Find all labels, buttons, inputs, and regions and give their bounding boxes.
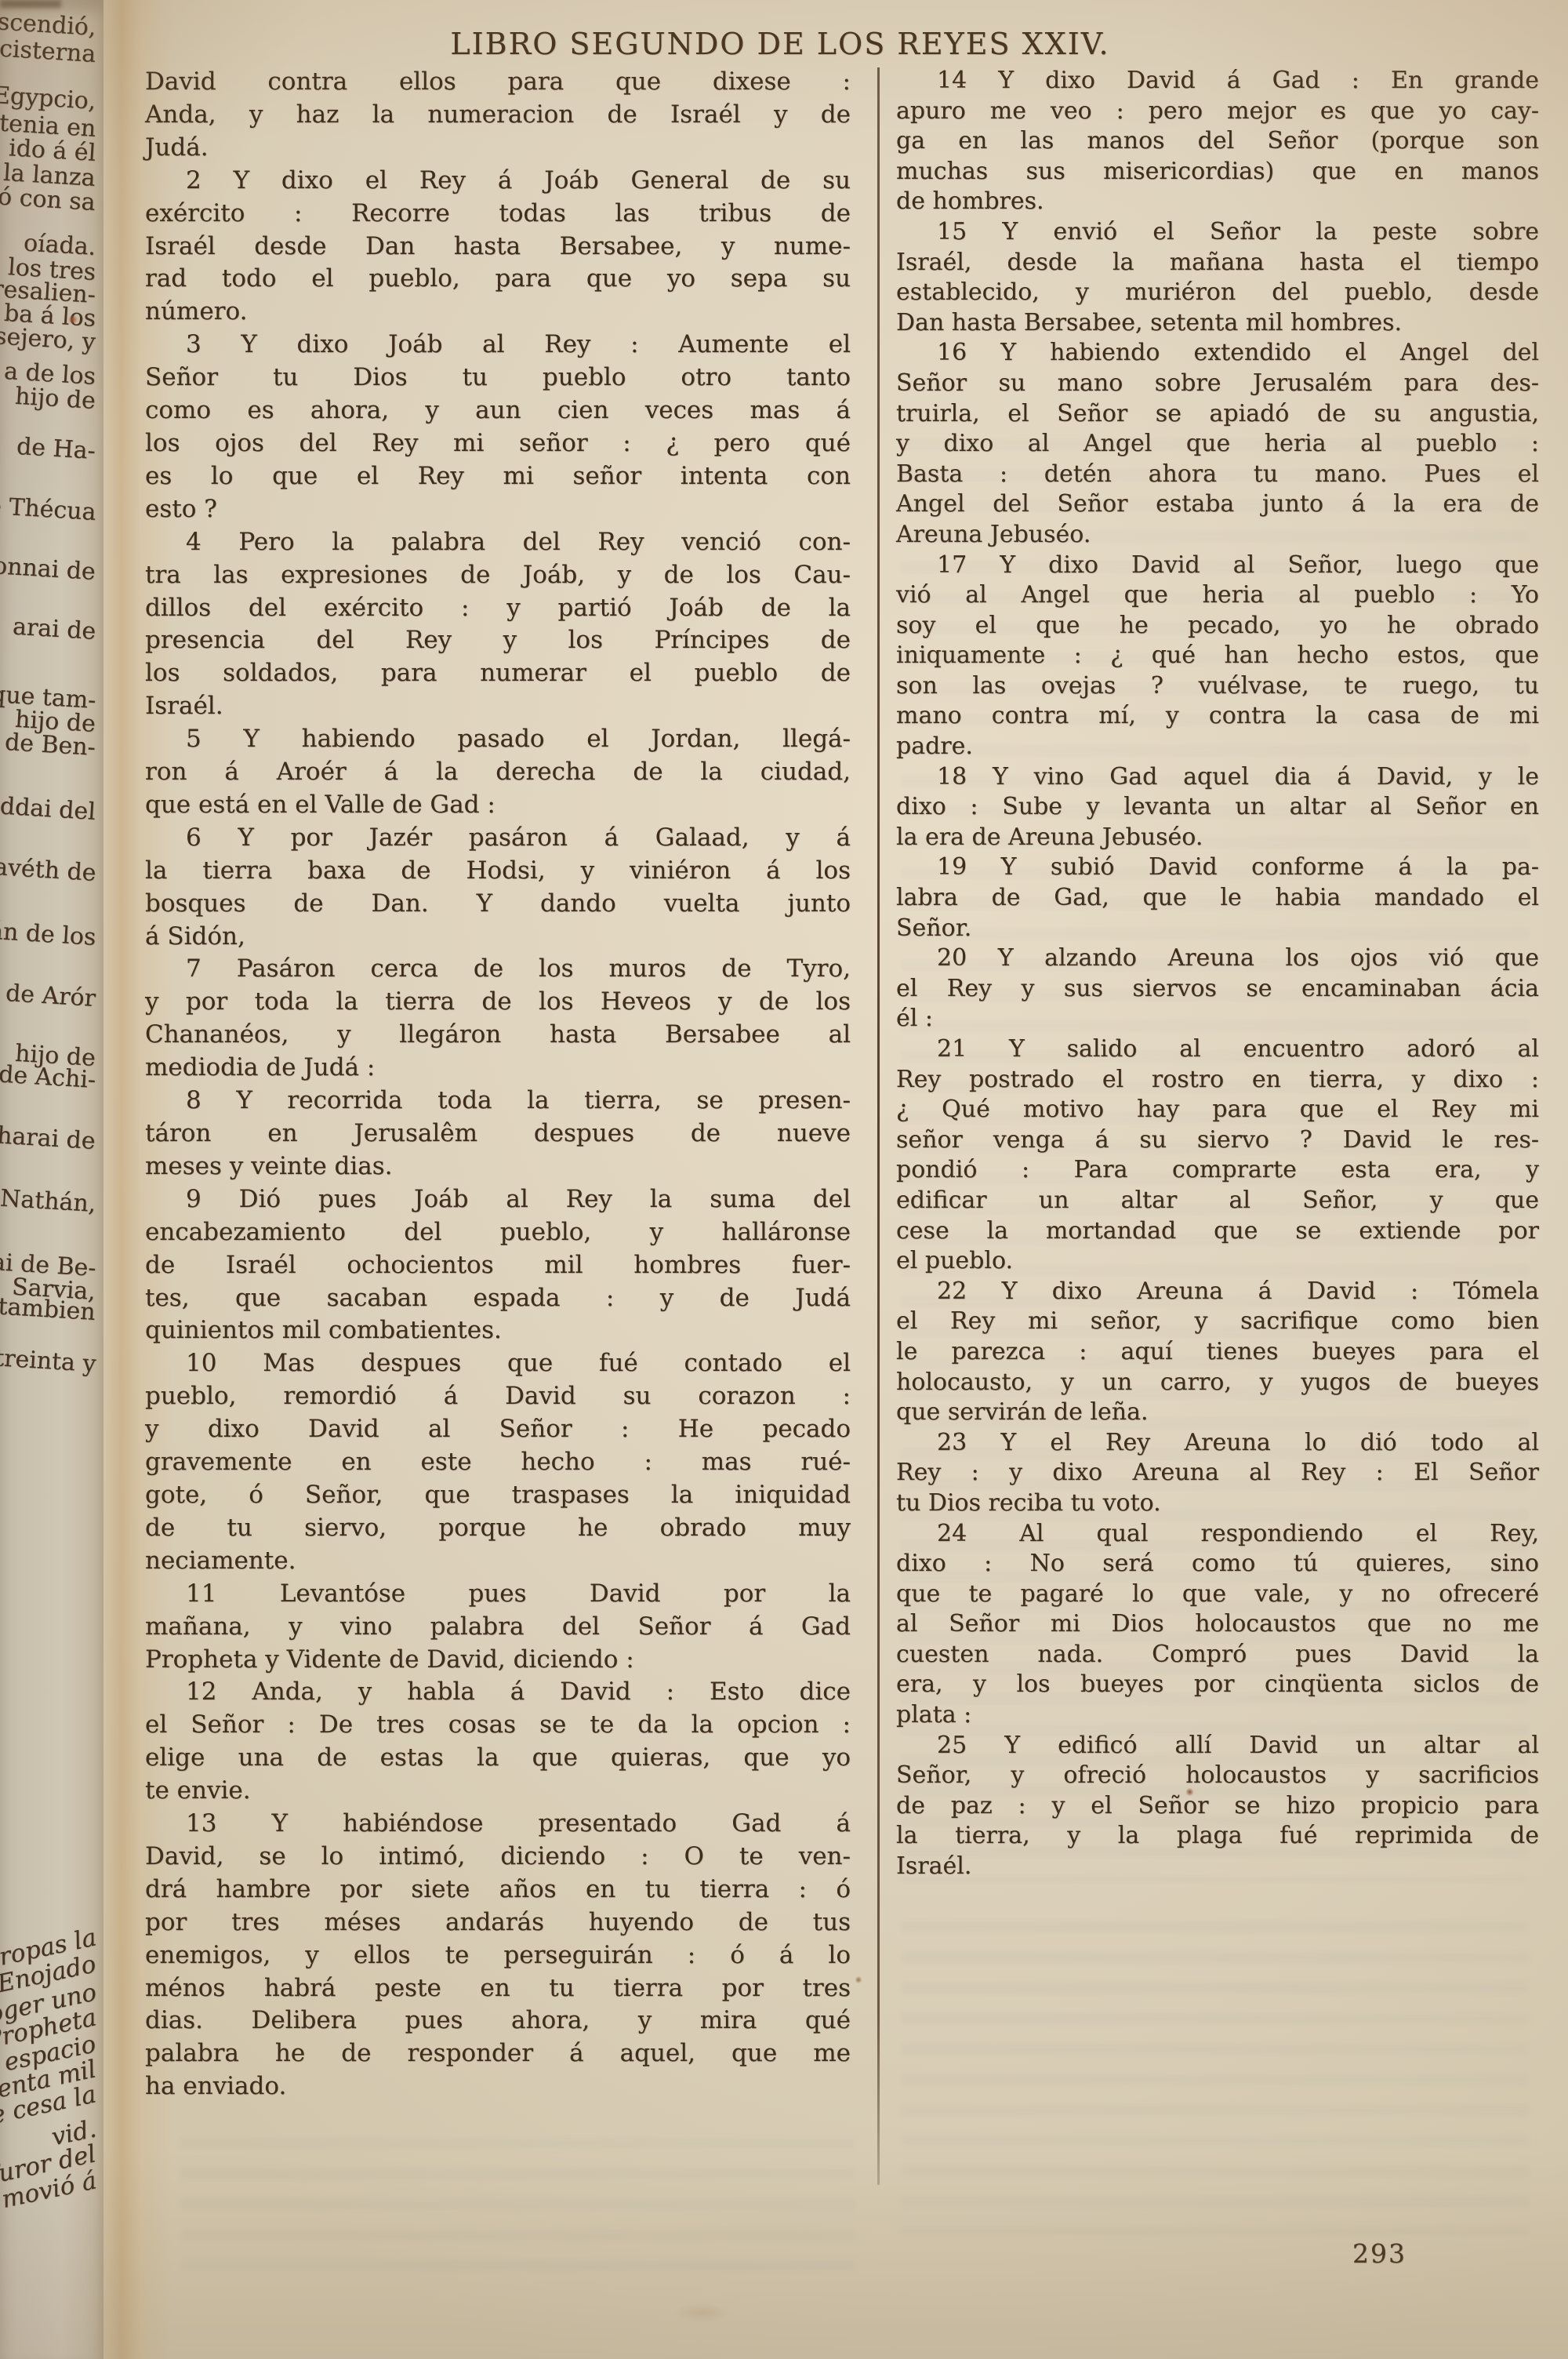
verse-paragraph: 5 Y habiendo pasado el Jordan, llegá-ron… xyxy=(145,723,851,822)
text-line: el Rey mi señor, y sacrifique como bien xyxy=(896,1307,1539,1337)
text-line: te envie. xyxy=(145,1775,851,1808)
text-line: Señor. xyxy=(896,914,1539,944)
text-line: dixo : No será como tú quieres, sino xyxy=(896,1549,1539,1579)
text-line: ¿ Qué motivo hay para que el Rey mi xyxy=(896,1095,1539,1125)
text-line: iniquamente : ¿ qué han hecho estos, que xyxy=(896,641,1539,671)
text-line: son las ovejas ? vuélvase, te ruego, tu xyxy=(896,671,1539,702)
text-line: quinientos mil combatientes. xyxy=(145,1314,851,1347)
text-line: plata : xyxy=(896,1700,1539,1731)
text-line: apuro me veo : pero mejor es que yo cay- xyxy=(896,96,1539,127)
text-line: el pueblo. xyxy=(896,1246,1539,1277)
text-line: Chananéos, y llegáron hasta Bersabee al xyxy=(145,1019,851,1052)
text-line: 9 Dió pues Joáb al Rey la suma del xyxy=(145,1183,851,1216)
text-line: 15 Y envió el Señor la peste sobre xyxy=(896,217,1539,248)
text-line: 4 Pero la palabra del Rey venció con- xyxy=(145,526,851,559)
text-line: 8 Y recorrida toda la tierra, se presen- xyxy=(145,1085,851,1118)
text-line: los ojos del Rey mi señor : ¿ pero qué xyxy=(145,427,851,460)
text-line: tes, que sacaban espada : y de Judá xyxy=(145,1282,851,1315)
text-line: dillos del exército : y partió Joáb de l… xyxy=(145,592,851,625)
text-line: palabra he de responder á aquel, que me xyxy=(145,2037,851,2070)
verse-paragraph: 25 Y edificó allí David un altar alSeñor… xyxy=(896,1731,1539,1882)
text-line: pondió : Para comprarte esta era, y xyxy=(896,1155,1539,1186)
verse-paragraph: 13 Y habiéndose presentado Gad áDavid, s… xyxy=(145,1808,851,2103)
text-line: Judá. xyxy=(145,132,851,165)
text-line: de tu siervo, porque he obrado muy xyxy=(145,1512,851,1545)
text-line: le parezca : aquí tienes bueyes para el xyxy=(896,1337,1539,1368)
margin-fragment: eddai del xyxy=(0,792,96,826)
text-line: 7 Pasáron cerca de los muros de Tyro, xyxy=(145,953,851,986)
verse-paragraph: 21 Y salido al encuentro adoró alRey pos… xyxy=(896,1034,1539,1277)
text-line: mano contra mí, y contra la casa de mi xyxy=(896,701,1539,732)
text-line: como es ahora, y aun cien veces mas á xyxy=(145,394,851,427)
text-line: el Rey y sus siervos se encaminaban ácia xyxy=(896,974,1539,1005)
text-line: 20 Y alzando Areuna los ojos vió que xyxy=(896,943,1539,974)
verse-paragraph: 19 Y subió David conforme á la pa-labra … xyxy=(896,852,1539,943)
verse-paragraph: 11 Levantóse pues David por lamañana, y … xyxy=(145,1578,851,1677)
text-line: que está en el Valle de Gad : xyxy=(145,789,851,822)
text-line: 16 Y habiendo extendido el Angel del xyxy=(896,338,1539,369)
text-line: Rey : y dixo Areuna al Rey : El Señor xyxy=(896,1458,1539,1488)
margin-fragment: de Arór xyxy=(5,980,96,1012)
text-line: David contra ellos para que dixese : xyxy=(145,66,851,99)
verse-paragraph: 16 Y habiendo extendido el Angel delSeño… xyxy=(896,338,1539,550)
text-line: cuesten nada. Compró pues David la xyxy=(896,1640,1539,1670)
text-line: 25 Y edificó allí David un altar al xyxy=(896,1731,1539,1761)
ink-showthrough xyxy=(902,1921,1529,2235)
verse-paragraph: 9 Dió pues Joáb al Rey la suma delencabe… xyxy=(145,1183,851,1348)
text-line: Señor, y ofreció holocaustos y sacrifici… xyxy=(896,1761,1539,1791)
text-line: Propheta y Vidente de David, diciendo : xyxy=(145,1644,851,1677)
text-line: enemigos, y ellos te perseguirán : ó á l… xyxy=(145,1939,851,1972)
verse-paragraph: 23 Y el Rey Areuna lo dió todo alRey : y… xyxy=(896,1428,1539,1519)
left-text-column: David contra ellos para que dixese :Anda… xyxy=(145,66,851,2103)
text-line: drá hambre por siete años en tu tierra :… xyxy=(145,1874,851,1906)
text-line: 17 Y dixo David al Señor, luego que xyxy=(896,551,1539,581)
text-line: David, se lo intimó, diciendo : O te ven… xyxy=(145,1841,851,1874)
text-line: 21 Y salido al encuentro adoró al xyxy=(896,1034,1539,1065)
text-line: la era de Areuna Jebuséo. xyxy=(896,823,1539,853)
text-line: Areuna Jebuséo. xyxy=(896,520,1539,551)
text-line: 10 Mas despues que fué contado el xyxy=(145,1347,851,1380)
verse-paragraph: 4 Pero la palabra del Rey venció con-tra… xyxy=(145,526,851,723)
text-line: 13 Y habiéndose presentado Gad á xyxy=(145,1808,851,1841)
top-left-page-edge xyxy=(0,0,61,8)
margin-fragment: sejero, y xyxy=(0,322,96,356)
margin-fragment: de Ha- xyxy=(16,433,96,465)
text-line: Anda, y haz la numeracion de Israél y de xyxy=(145,99,851,132)
text-line: 5 Y habiendo pasado el Jordan, llegá- xyxy=(145,723,851,756)
text-line: pueblo, remordió á David su corazon : xyxy=(145,1380,851,1413)
text-line: Dan hasta Bersabee, setenta mil hombres. xyxy=(896,308,1539,339)
text-line: que te pagaré lo que vale, y no ofreceré xyxy=(896,1579,1539,1610)
verse-paragraph: 17 Y dixo David al Señor, luego quevió a… xyxy=(896,551,1539,762)
verse-paragraph: 3 Y dixo Joáb al Rey : Aumente elSeñor t… xyxy=(145,329,851,525)
margin-fragment: harai de xyxy=(0,1121,96,1155)
margin-fragment: án de los xyxy=(0,918,96,951)
column-divider-rule xyxy=(877,67,880,2185)
text-line: bosques de Dan. Y dando vuelta junto xyxy=(145,888,851,921)
text-line: 2 Y dixo el Rey á Joáb General de su xyxy=(145,165,851,198)
text-line: 18 Y vino Gad aquel dia á David, y le xyxy=(896,762,1539,793)
text-line: 6 Y por Jazér pasáron á Galaad, y á xyxy=(145,822,851,855)
text-line: presencia del Rey y los Príncipes de xyxy=(145,624,851,657)
text-line: gravemente en este hecho : mas rué- xyxy=(145,1446,851,1479)
text-line: 23 Y el Rey Areuna lo dió todo al xyxy=(896,1428,1539,1459)
text-line: la tierra, y la plaga fué reprimida de xyxy=(896,1821,1539,1852)
text-line: era, y los bueyes por cinqüenta siclos d… xyxy=(896,1670,1539,1700)
text-line: ron á Aroér á la derecha de la ciudad, xyxy=(145,756,851,789)
text-line: gote, ó Señor, que traspases la iniquida… xyxy=(145,1479,851,1512)
ink-showthrough xyxy=(180,2138,855,2279)
text-line: cese la mortandad que se extiende por xyxy=(896,1216,1539,1247)
margin-fragment: de Ben- xyxy=(4,729,96,761)
text-line: 3 Y dixo Joáb al Rey : Aumente el xyxy=(145,329,851,362)
text-line: mediodia de Judá : xyxy=(145,1052,851,1085)
margin-fragment: arai de xyxy=(12,613,96,645)
text-line: 24 Al qual respondiendo el Rey, xyxy=(896,1519,1539,1550)
margin-fragment: e Thécua xyxy=(0,493,96,526)
text-line: exército : Recorre todas las tribus de xyxy=(145,198,851,231)
text-line: que servirán de leña. xyxy=(896,1398,1539,1428)
text-line: dias. Delibera pues ahora, y mira qué xyxy=(145,2005,851,2037)
book-page-scan: escendió,cisternaEgypcio,tenia enido á é… xyxy=(0,0,1568,2359)
text-line: Basta : detén ahora tu mano. Pues el xyxy=(896,460,1539,490)
verse-paragraph: 12 Anda, y habla á David : Esto diceel S… xyxy=(145,1676,851,1808)
text-line: los soldados, para numerar el pueblo de xyxy=(145,657,851,690)
text-line: ha enviado. xyxy=(145,2070,851,2103)
text-line: esto ? xyxy=(145,493,851,526)
text-line: Señor su mano sobre Jerusalém para des- xyxy=(896,369,1539,399)
text-line: neciamente. xyxy=(145,1545,851,1578)
text-line: 11 Levantóse pues David por la xyxy=(145,1578,851,1611)
page-number: 293 xyxy=(1352,2238,1406,2269)
text-line: Señor tu Dios tu pueblo otro tanto xyxy=(145,362,851,394)
text-line: número. xyxy=(145,296,851,329)
verse-paragraph: 2 Y dixo el Rey á Joáb General de suexér… xyxy=(145,165,851,329)
text-line: encabezamiento del pueblo, y halláronse xyxy=(145,1216,851,1249)
text-line: y dixo David al Señor : He pecado xyxy=(145,1413,851,1446)
verse-paragraph: David contra ellos para que dixese :Anda… xyxy=(145,66,851,165)
text-line: 19 Y subió David conforme á la pa- xyxy=(896,852,1539,883)
verse-paragraph: 14 Y dixo David á Gad : En grandeapuro m… xyxy=(896,66,1539,217)
text-line: mañana, y vino palabra del Señor á Gad xyxy=(145,1611,851,1644)
text-line: muchas sus misericordias) que en manos xyxy=(896,157,1539,187)
text-line: y por toda la tierra de los Heveos y de … xyxy=(145,986,851,1019)
text-line: la tierra baxa de Hodsi, y viniéron á lo… xyxy=(145,855,851,888)
text-line: labra de Gad, que le habia mandado el xyxy=(896,883,1539,914)
text-line: es lo que el Rey mi señor intenta con xyxy=(145,460,851,493)
verse-paragraph: 24 Al qual respondiendo el Rey,dixo : No… xyxy=(896,1519,1539,1731)
text-line: al Señor mi Dios holocaustos que no me xyxy=(896,1609,1539,1640)
verse-paragraph: 10 Mas despues que fué contado elpueblo,… xyxy=(145,1347,851,1577)
text-line: meses y veinte dias. xyxy=(145,1150,851,1183)
margin-fragment: ó con sa xyxy=(0,183,96,216)
text-line: tu Dios reciba tu voto. xyxy=(896,1488,1539,1519)
verse-paragraph: 18 Y vino Gad aquel dia á David, y ledix… xyxy=(896,762,1539,853)
text-line: de Israél ochocientos mil hombres fuer- xyxy=(145,1249,851,1282)
text-line: el Señor : De tres cosas se te da la opc… xyxy=(145,1709,851,1742)
text-line: por tres méses andarás huyendo de tus xyxy=(145,1906,851,1939)
text-line: de hombres. xyxy=(896,187,1539,217)
margin-fragment: Nathán, xyxy=(0,1185,96,1218)
text-line: dixo : Sube y levanta un altar al Señor … xyxy=(896,792,1539,823)
margin-fragment: cisterna xyxy=(0,35,96,68)
text-line: táron en Jerusalêm despues de nueve xyxy=(145,1118,851,1150)
margin-fragment: onnai de xyxy=(0,552,96,586)
verse-paragraph: 20 Y alzando Areuna los ojos vió queel R… xyxy=(896,943,1539,1034)
text-line: establecido, y muriéron del pueblo, desd… xyxy=(896,278,1539,308)
text-line: soy el que he pecado, yo he obrado xyxy=(896,611,1539,642)
foxing-stain xyxy=(855,1976,862,1983)
text-line: holocausto, y un carro, y yugos de bueye… xyxy=(896,1368,1539,1398)
text-line: edificar un altar al Señor, y que xyxy=(896,1186,1539,1216)
margin-fragment: avéth de xyxy=(0,853,96,887)
text-line: Israél, desde la mañana hasta el tiempo xyxy=(896,248,1539,278)
verse-paragraph: 22 Y dixo Areuna á David : Tómelael Rey … xyxy=(896,1277,1539,1428)
text-line: 22 Y dixo Areuna á David : Tómela xyxy=(896,1277,1539,1307)
text-line: Rey postrado el rostro en tierra, y dixo… xyxy=(896,1065,1539,1096)
text-line: 12 Anda, y habla á David : Esto dice xyxy=(145,1676,851,1709)
verse-paragraph: 7 Pasáron cerca de los muros de Tyro,y p… xyxy=(145,953,851,1085)
text-line: Israél. xyxy=(145,690,851,723)
text-line: padre. xyxy=(896,732,1539,762)
text-line: ménos habrá peste en tu tierra por tres xyxy=(145,1972,851,2005)
text-line: de paz : y el Señor se hizo propicio par… xyxy=(896,1791,1539,1822)
text-line: Israél. xyxy=(896,1852,1539,1882)
text-line: señor venga á su siervo ? David le res- xyxy=(896,1125,1539,1156)
text-line: truirla, el Señor se apiadó de su angust… xyxy=(896,399,1539,430)
right-text-column: 14 Y dixo David á Gad : En grandeapuro m… xyxy=(896,66,1539,1882)
running-header: LIBRO SEGUNDO DE LOS REYES XXIV. xyxy=(306,27,1254,61)
verse-paragraph: 6 Y por Jazér pasáron á Galaad, y ála ti… xyxy=(145,822,851,954)
text-line: ga en las manos del Señor (porque son xyxy=(896,126,1539,157)
text-line: tra las expresiones de Joáb, y de los Ca… xyxy=(145,559,851,592)
text-line: á Sidón, xyxy=(145,921,851,954)
text-line: Angel del Señor estaba junto á la era de xyxy=(896,489,1539,520)
text-line: vió al Angel que heria al pueblo : Yo xyxy=(896,580,1539,611)
text-line: elige una de estas la que quieras, que y… xyxy=(145,1742,851,1775)
text-line: rad todo el pueblo, para que yo sepa su xyxy=(145,263,851,296)
text-line: y dixo al Angel que heria al pueblo : xyxy=(896,429,1539,460)
text-line: 14 Y dixo David á Gad : En grande xyxy=(896,66,1539,96)
verse-paragraph: 8 Y recorrida toda la tierra, se presen-… xyxy=(145,1085,851,1183)
margin-fragment: de Achi- xyxy=(0,1060,96,1094)
verse-paragraph: 15 Y envió el Señor la peste sobreIsraél… xyxy=(896,217,1539,338)
foxing-stain xyxy=(674,2303,729,2323)
text-line: Israél desde Dan hasta Bersabee, y nume- xyxy=(145,231,851,264)
text-line: él : xyxy=(896,1004,1539,1034)
margin-fragment: hijo de xyxy=(14,383,96,415)
